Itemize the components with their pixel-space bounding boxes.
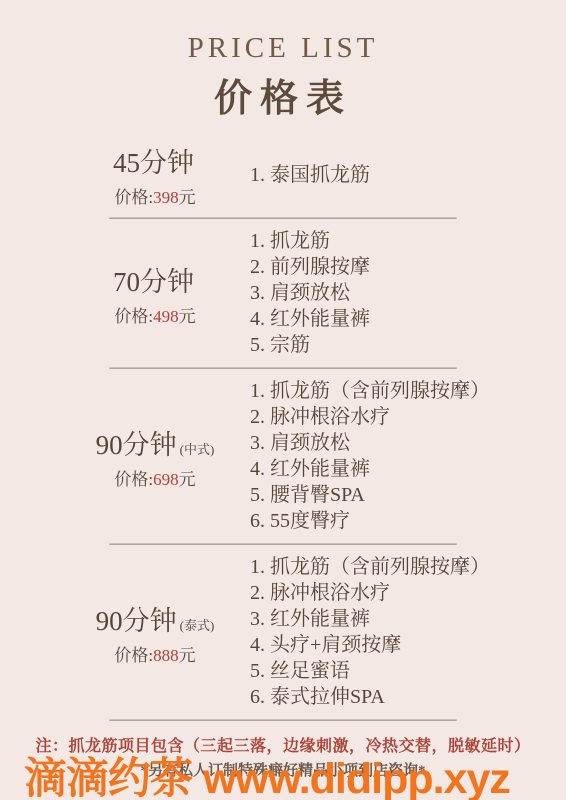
duration-label: 45分钟 xyxy=(60,141,250,180)
price-line: 价格:698元 xyxy=(60,465,250,490)
list-item: 5. 丝足蜜语 xyxy=(250,658,566,684)
list-item: 4. 头疗+肩颈按摩 xyxy=(250,632,566,658)
duration-suffix: (中式) xyxy=(180,442,215,457)
duration-label: 90分钟(泰式) xyxy=(60,599,250,638)
list-item: 3. 肩颈放松 xyxy=(250,280,566,306)
duration-text: 70分钟 xyxy=(113,267,194,297)
price-unit: 元 xyxy=(179,470,196,489)
list-item: 1. 泰国抓龙筋 xyxy=(250,162,566,188)
price-label: 价格: xyxy=(114,188,153,207)
price-line: 价格:398元 xyxy=(60,183,250,208)
price-value: 698 xyxy=(153,470,179,489)
price-line: 价格:888元 xyxy=(60,641,250,666)
list-item: 1. 抓龙筋（含前列腺按摩） xyxy=(250,554,566,580)
duration-text: 90分钟 xyxy=(96,430,177,460)
price-unit: 元 xyxy=(179,646,196,665)
price-unit: 元 xyxy=(179,188,196,207)
price-value: 888 xyxy=(153,646,179,665)
list-item: 1. 抓龙筋（含前列腺按摩） xyxy=(250,378,566,404)
price-value: 398 xyxy=(153,188,179,207)
header: PRICE LIST 价格表 xyxy=(0,0,566,122)
items-list: 1. 抓龙筋（含前列腺按摩） 2. 脉冲根浴水疗 3. 肩颈放松 4. 红外能量… xyxy=(250,378,566,534)
items-list: 1. 泰国抓龙筋 xyxy=(250,162,566,188)
list-item: 5. 腰背臀SPA xyxy=(250,482,566,508)
sections-list: 45分钟 价格:398元 1. 泰国抓龙筋 70分钟 价格:498元 1. 抓龙… xyxy=(0,132,566,721)
duration-label: 90分钟(中式) xyxy=(60,423,250,462)
list-item: 6. 泰式拉伸SPA xyxy=(250,684,566,710)
page-title-en: PRICE LIST xyxy=(0,32,566,65)
watermark-text: 滴滴约茶 www.didipp.xyz xyxy=(24,745,510,800)
price-label: 价格: xyxy=(114,470,153,489)
price-line: 价格:498元 xyxy=(60,302,250,327)
page-title-zh: 价格表 xyxy=(0,67,566,122)
list-item: 3. 红外能量裤 xyxy=(250,606,566,632)
list-item: 4. 红外能量裤 xyxy=(250,306,566,332)
price-section-45min: 45分钟 价格:398元 1. 泰国抓龙筋 xyxy=(0,132,566,217)
list-item: 5. 宗筋 xyxy=(250,332,566,358)
duration-suffix: (泰式) xyxy=(180,618,215,633)
price-unit: 元 xyxy=(179,307,196,326)
section-left: 70分钟 价格:498元 xyxy=(60,260,250,327)
items-list: 1. 抓龙筋 2. 前列腺按摩 3. 肩颈放松 4. 红外能量裤 5. 宗筋 xyxy=(250,228,566,358)
list-item: 4. 红外能量裤 xyxy=(250,456,566,482)
section-left: 90分钟(中式) 价格:698元 xyxy=(60,423,250,490)
list-item: 2. 脉冲根浴水疗 xyxy=(250,404,566,430)
section-divider xyxy=(109,719,457,721)
duration-label: 70分钟 xyxy=(60,260,250,299)
price-label: 价格: xyxy=(114,646,153,665)
price-section-90min-chinese: 90分钟(中式) 价格:698元 1. 抓龙筋（含前列腺按摩） 2. 脉冲根浴水… xyxy=(0,369,566,543)
list-item: 3. 肩颈放松 xyxy=(250,430,566,456)
section-left: 90分钟(泰式) 价格:888元 xyxy=(60,599,250,666)
items-list: 1. 抓龙筋（含前列腺按摩） 2. 脉冲根浴水疗 3. 红外能量裤 4. 头疗+… xyxy=(250,554,566,710)
price-value: 498 xyxy=(153,307,179,326)
price-list-page: PRICE LIST 价格表 45分钟 价格:398元 1. 泰国抓龙筋 70分… xyxy=(0,0,566,800)
duration-text: 45分钟 xyxy=(113,148,194,178)
price-section-90min-thai: 90分钟(泰式) 价格:888元 1. 抓龙筋（含前列腺按摩） 2. 脉冲根浴水… xyxy=(0,545,566,719)
list-item: 6. 55度臀疗 xyxy=(250,508,566,534)
list-item: 2. 前列腺按摩 xyxy=(250,254,566,280)
duration-text: 90分钟 xyxy=(96,606,177,636)
section-left: 45分钟 价格:398元 xyxy=(60,141,250,208)
list-item: 1. 抓龙筋 xyxy=(250,228,566,254)
price-label: 价格: xyxy=(114,307,153,326)
price-section-70min: 70分钟 价格:498元 1. 抓龙筋 2. 前列腺按摩 3. 肩颈放松 4. … xyxy=(0,219,566,367)
list-item: 2. 脉冲根浴水疗 xyxy=(250,580,566,606)
